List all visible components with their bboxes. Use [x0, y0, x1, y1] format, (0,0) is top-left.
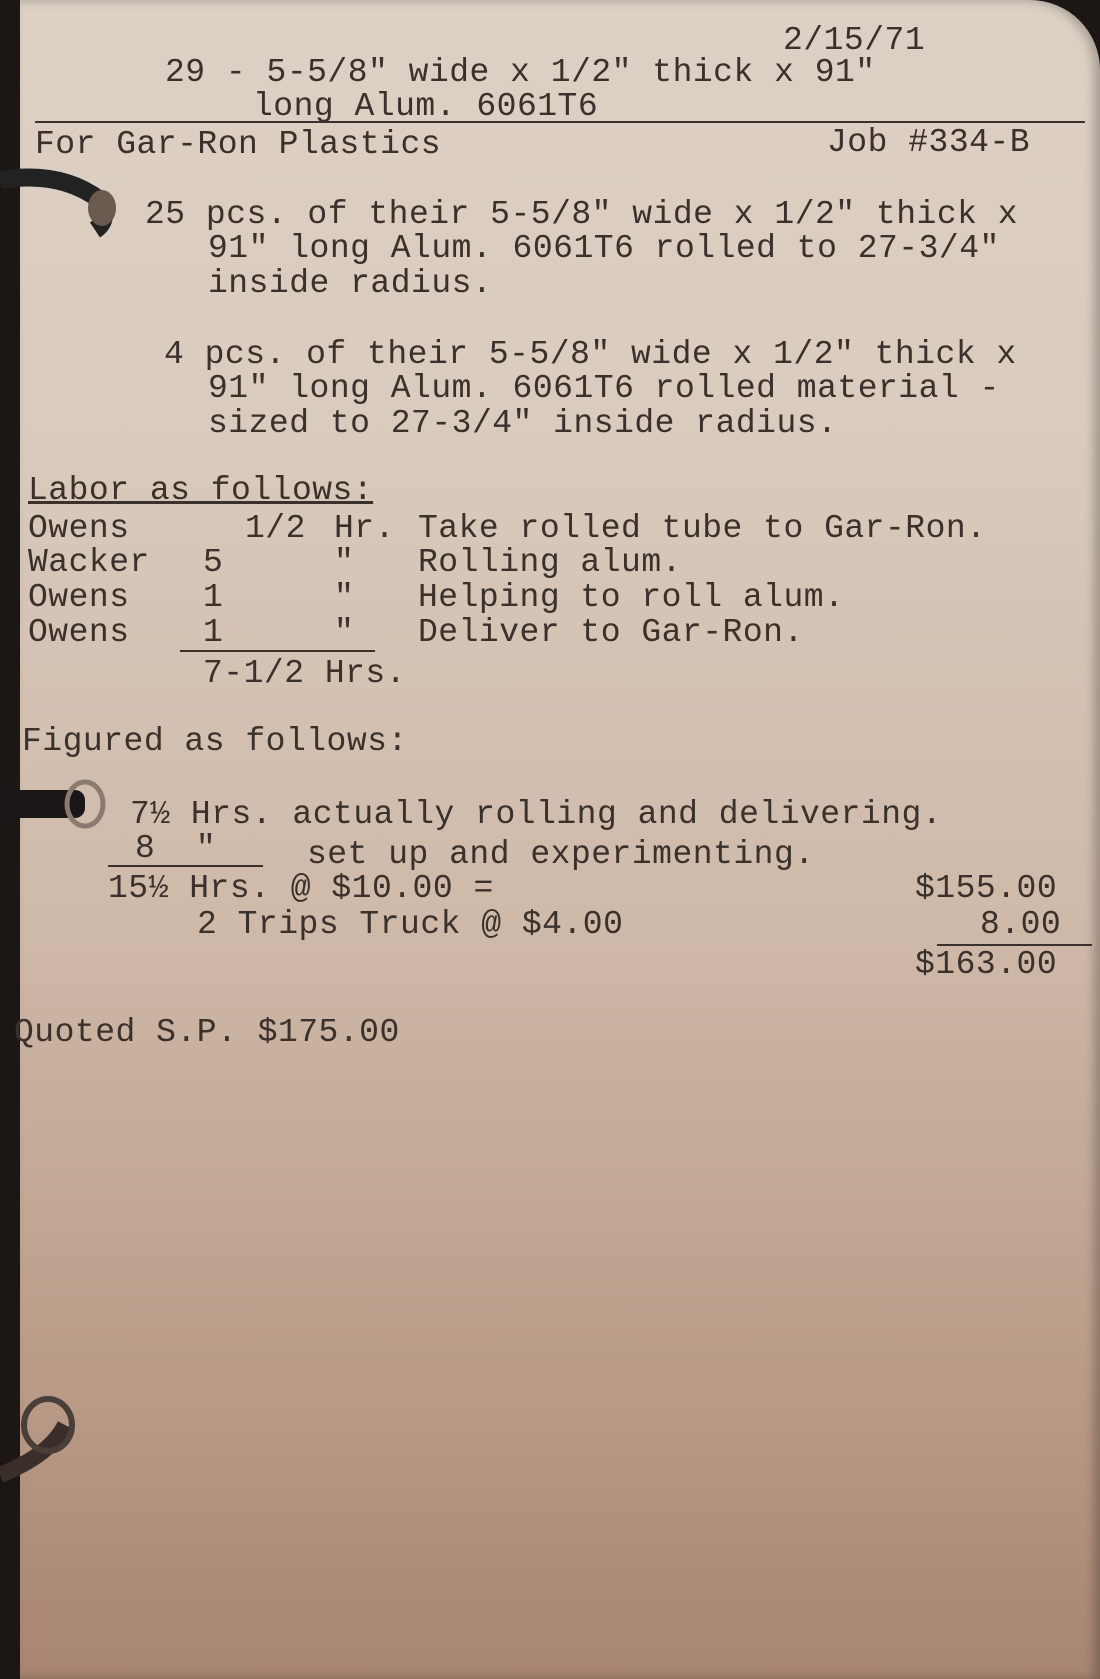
labor-name: Wacker: [28, 544, 150, 581]
labor-total: 7-1/2 Hrs.: [203, 655, 406, 692]
item-2-line: sized to 27-3/4" inside radius.: [208, 405, 837, 442]
figured-line-2-text: set up and experimenting.: [307, 836, 815, 873]
item-2-line: 91" long Alum. 6061T6 rolled material -: [208, 370, 1000, 407]
labor-heading: Labor as follows:: [28, 472, 373, 509]
labor-unit: ": [334, 544, 354, 581]
labor-hours: 1/2: [245, 510, 306, 547]
labor-name: Owens: [28, 510, 130, 547]
job-number: Job #334-B: [827, 124, 1030, 161]
title-line-1: 29 - 5-5/8" wide x 1/2" thick x 91": [165, 54, 876, 91]
labor-total-rule: [180, 650, 375, 652]
labor-hours: 5: [203, 544, 223, 581]
labor-unit: Hr.: [334, 510, 395, 547]
labor-name: Owens: [28, 579, 130, 616]
header-rule: [35, 121, 1085, 123]
labor-unit: ": [334, 614, 354, 651]
binder-ring-icon: [0, 770, 120, 840]
binder-ring-icon: [0, 1385, 90, 1485]
figured-line-3: 15½ Hrs. @ $10.00 =: [108, 870, 494, 907]
labor-task: Rolling alum.: [418, 544, 682, 581]
item-1-line: 25 pcs. of their 5-5/8" wide x 1/2" thic…: [145, 196, 1018, 233]
title-line-2: long Alum. 6061T6: [253, 88, 598, 125]
labor-hours: 1: [203, 614, 223, 651]
figured-line-2-hours: 8 ": [135, 830, 216, 867]
figured-hours-rule: [108, 865, 263, 867]
figured-line-1: 7½ Hrs. actually rolling and delivering.: [130, 796, 942, 833]
labor-task: Deliver to Gar-Ron.: [418, 614, 804, 651]
customer: For Gar-Ron Plastics: [35, 126, 441, 163]
amount-truck: 8.00: [980, 906, 1061, 943]
labor-hours: 1: [203, 579, 223, 616]
amount-labor: $155.00: [915, 870, 1057, 907]
binder-ring-icon: [0, 150, 130, 240]
labor-task: Helping to roll alum.: [418, 579, 844, 616]
labor-unit: ": [334, 579, 354, 616]
item-2-line: 4 pcs. of their 5-5/8" wide x 1/2" thick…: [164, 336, 1017, 373]
figured-line-4: 2 Trips Truck @ $4.00: [197, 906, 623, 943]
labor-task: Take rolled tube to Gar-Ron.: [418, 510, 987, 547]
item-1-line: inside radius.: [208, 265, 492, 302]
labor-name: Owens: [28, 614, 130, 651]
quoted-price: Quoted S.P. $175.00: [14, 1014, 400, 1051]
amount-total: $163.00: [915, 946, 1057, 983]
item-1-line: 91" long Alum. 6061T6 rolled to 27-3/4": [208, 230, 1000, 267]
figured-heading: Figured as follows:: [22, 723, 408, 760]
